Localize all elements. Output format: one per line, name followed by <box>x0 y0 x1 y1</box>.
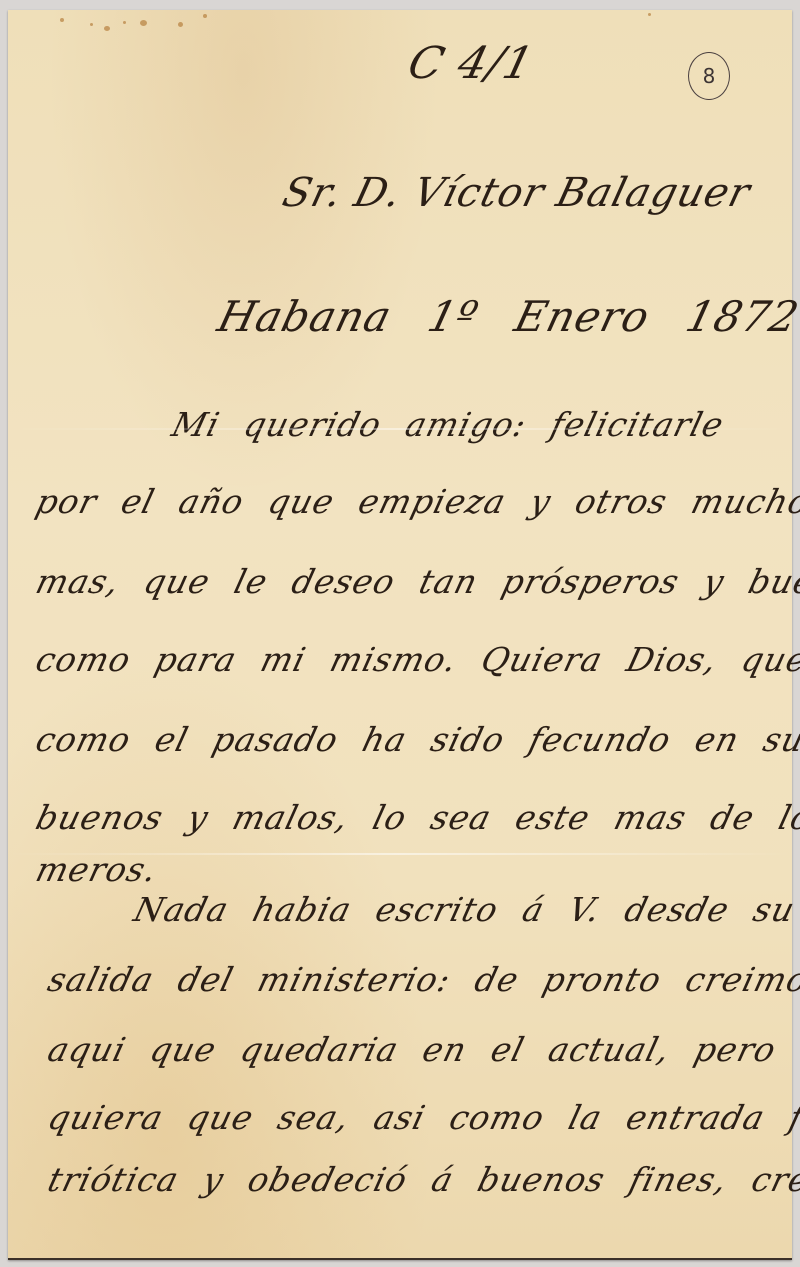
foxing-spot <box>90 23 93 26</box>
reference-code: C 4/1 <box>403 38 539 89</box>
letter-line: Mi querido amigo: felicitarle <box>168 405 728 444</box>
recipient-heading: Sr. D. Víctor Balaguer <box>278 170 755 216</box>
page-number-label: 8 <box>703 64 716 88</box>
dateline: Habana 1º Enero 1872 <box>213 292 800 341</box>
letter-line: triótica y obedeció á buenos fines, creo… <box>44 1160 800 1199</box>
letter-line: como para mi mismo. Quiera Dios, que <box>32 640 800 679</box>
letter-line: como el pasado ha sido fecundo en suceso… <box>32 720 800 759</box>
foxing-spot <box>178 22 183 27</box>
foxing-spot <box>104 26 110 31</box>
foxing-spot <box>203 14 207 18</box>
letter-line: Nada habia escrito á V. desde su <box>130 890 799 929</box>
foxing-spot <box>648 13 651 16</box>
page-number-badge: 8 <box>688 52 730 100</box>
letter-line: por el año que empieza y otros muchos <box>32 482 800 521</box>
letter-line: quiera que sea, asi como la entrada fue … <box>44 1098 800 1137</box>
letter-line: buenos y malos, lo sea este mas de los p… <box>32 798 800 837</box>
foxing-spot <box>140 20 147 26</box>
letter-line: aqui que quedaria en el actual, pero com… <box>44 1030 800 1069</box>
letter-line: salida del ministerio: de pronto creimos <box>44 960 800 999</box>
letter-line: meros. <box>32 850 162 889</box>
letter-line: mas, que le deseo tan prósperos y buenos <box>32 562 800 601</box>
foxing-spot <box>123 21 126 24</box>
letter-page: C 4/1 8 Sr. D. Víctor Balaguer Habana 1º… <box>8 10 792 1260</box>
foxing-spot <box>60 18 64 22</box>
